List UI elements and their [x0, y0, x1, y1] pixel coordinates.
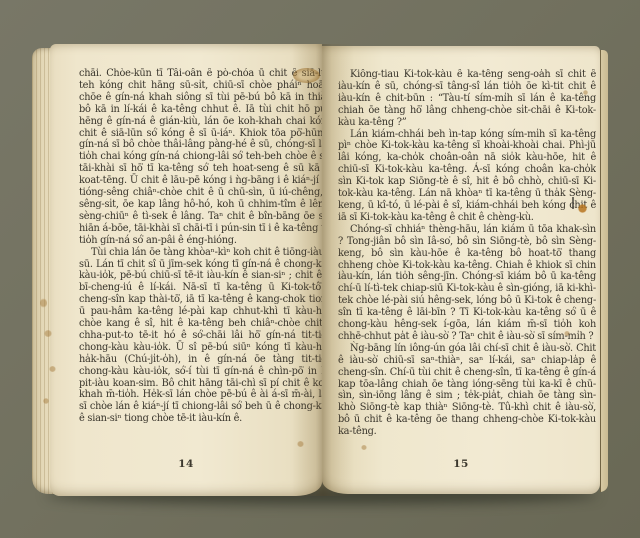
- book-photo: chāi. Chòe-kūn tī Tâi-oân ê pò-chóa ū ch…: [0, 0, 640, 538]
- left-page: chāi. Chòe-kūn tī Tâi-oân ê pò-chóa ū ch…: [50, 44, 322, 496]
- paragraph: Tùi chia lán ōe tàng khòaⁿ-kìⁿ koh chit …: [79, 247, 322, 426]
- paragraph: Ǹg-bāng lín iông-ún góa lâi chí-sī chit …: [338, 343, 596, 438]
- right-page-text: Kiông-tiau Ki-tok-kàu ê ka-têng seng-oa̍…: [338, 69, 596, 455]
- paragraph: Lán kiám-chhái beh ìn-tap kóng sím-mi̍h …: [338, 129, 596, 224]
- right-page-edge: [600, 50, 608, 492]
- page-number-right: 15: [322, 458, 600, 470]
- ink-mark: [572, 197, 574, 209]
- page-number-left: 14: [50, 458, 322, 470]
- paragraph: Kiông-tiau Ki-tok-kàu ê ka-têng seng-oa̍…: [338, 69, 596, 129]
- left-page-text: chāi. Chòe-kūn tī Tâi-oân ê pò-chóa ū ch…: [79, 68, 322, 450]
- right-page: Kiông-tiau Ki-tok-kàu ê ka-têng seng-oa̍…: [322, 46, 600, 494]
- paragraph: chāi. Chòe-kūn tī Tâi-oân ê pò-chóa ū ch…: [79, 68, 322, 247]
- paragraph: Chóng-sī chhiáⁿ thèng-hāu, lán kiám ū tō…: [338, 224, 596, 343]
